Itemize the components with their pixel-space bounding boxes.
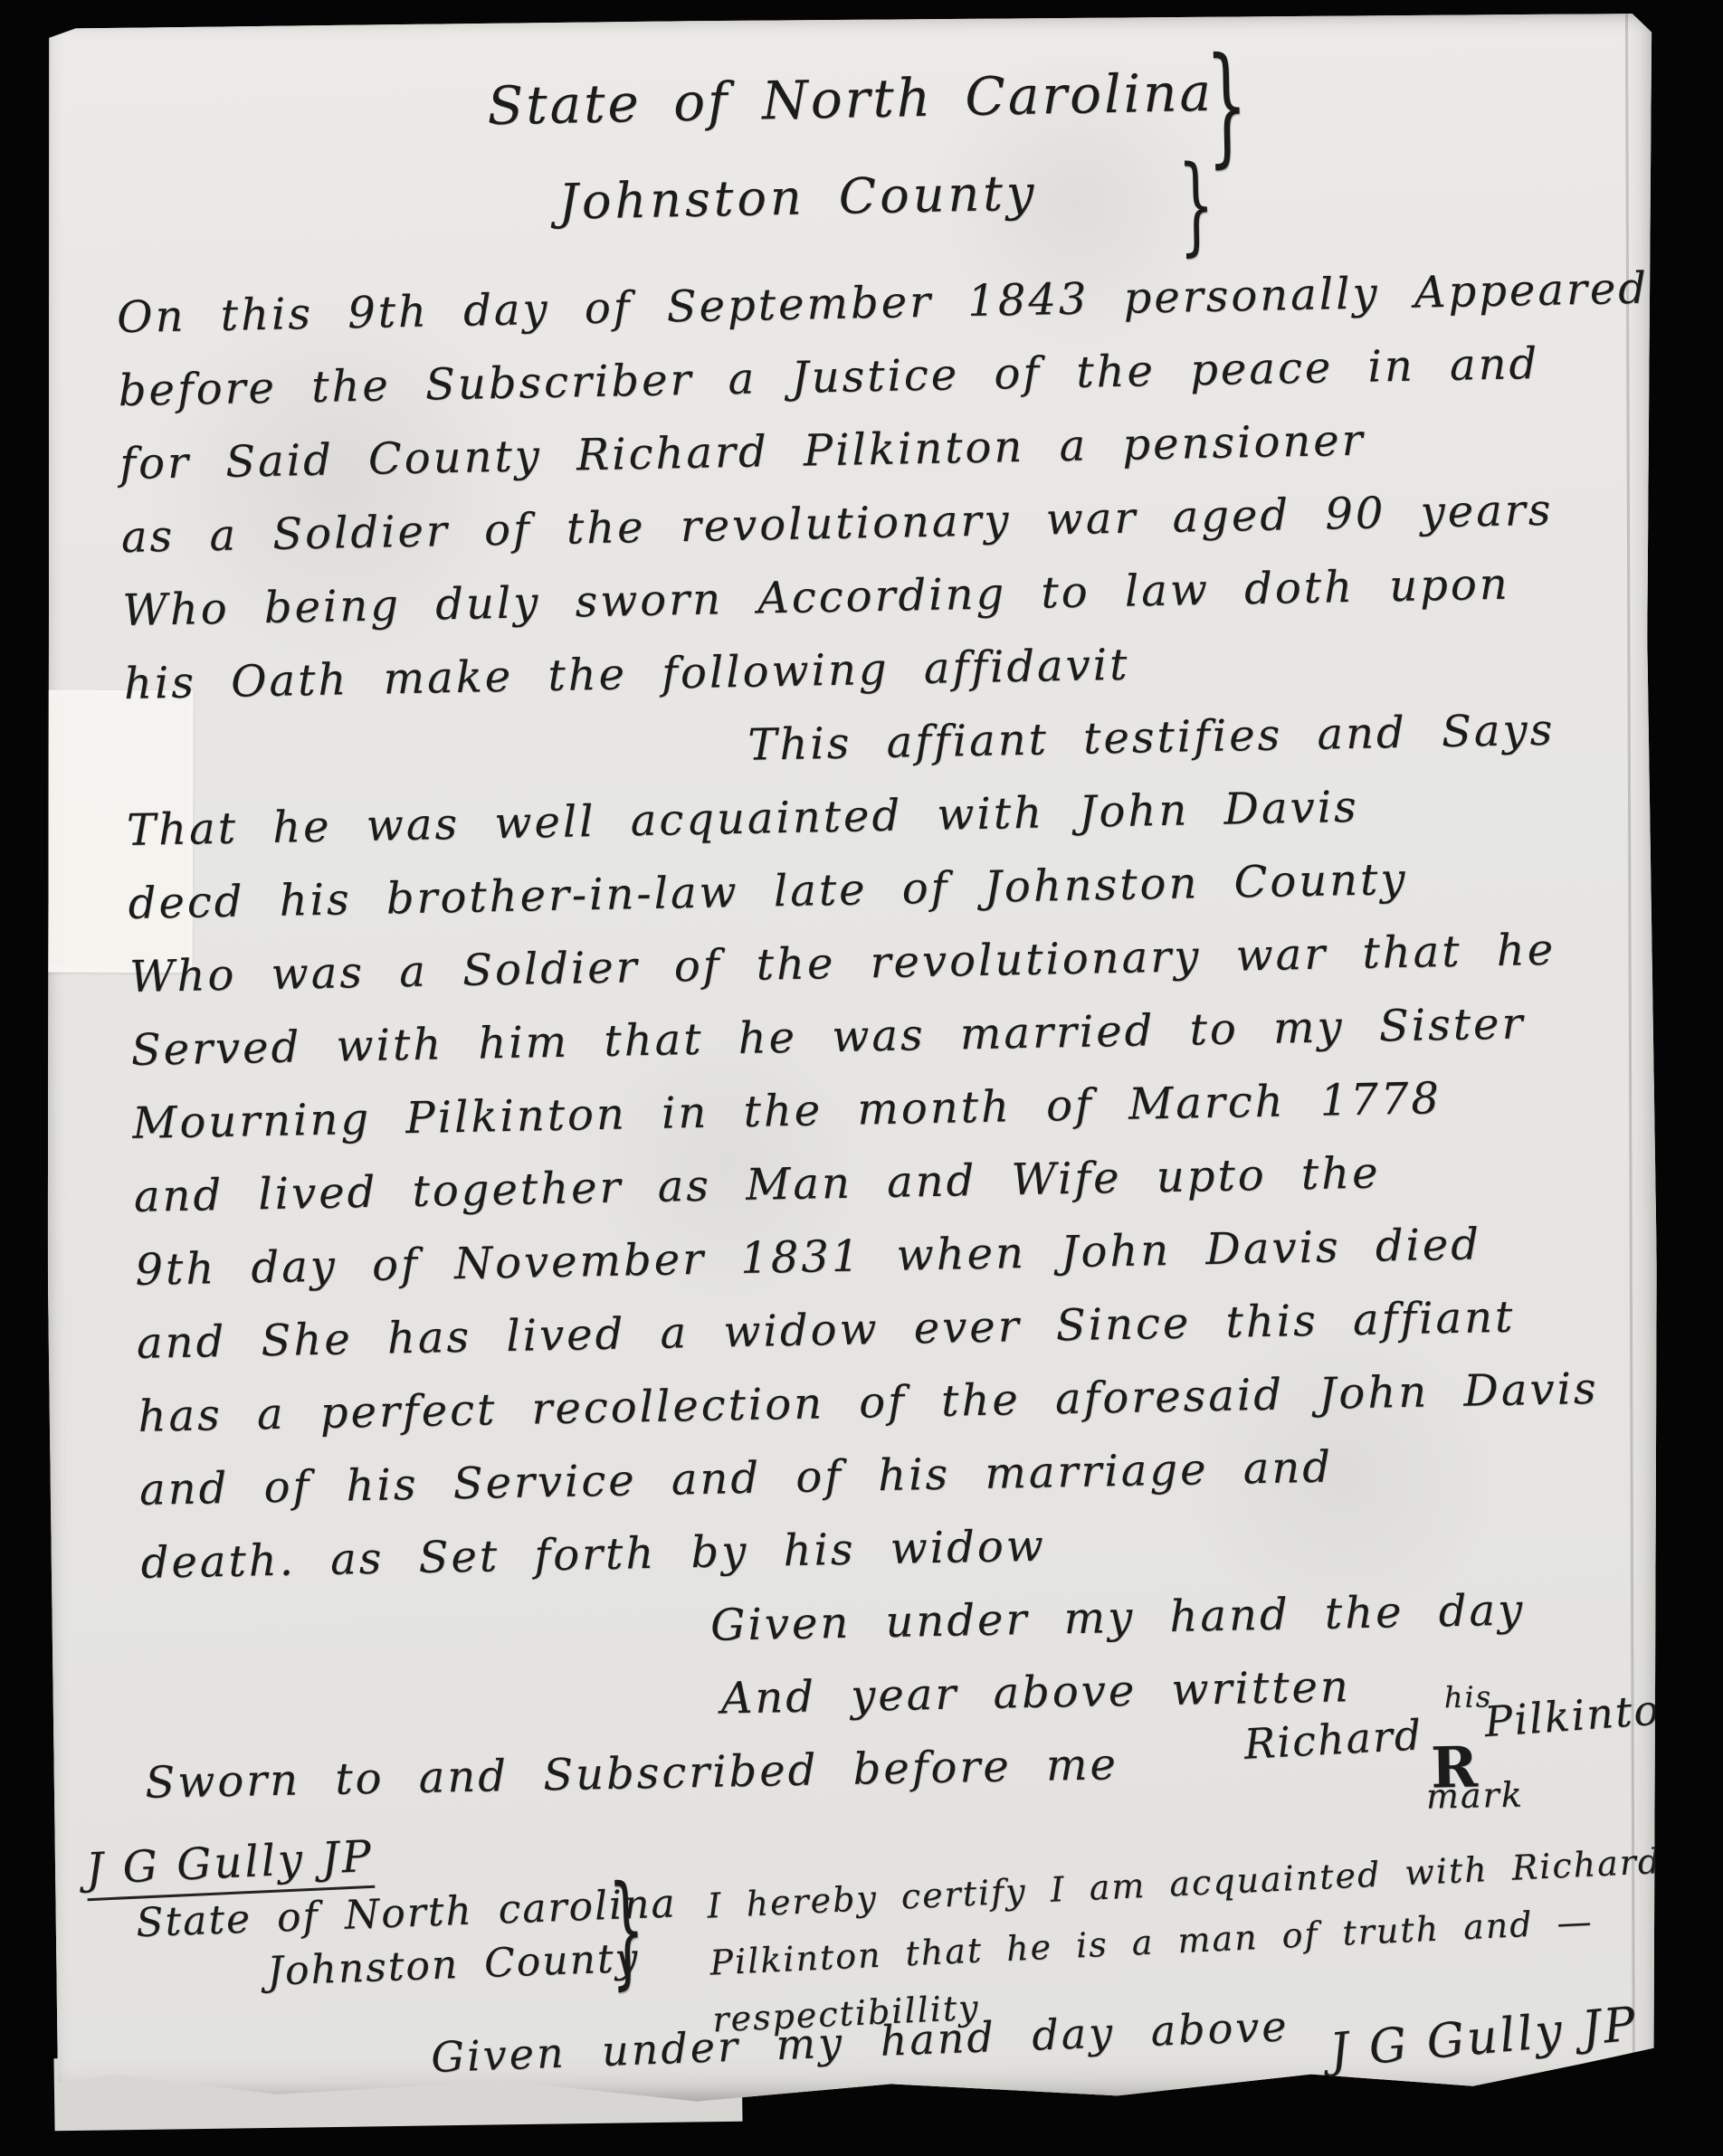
paper-sheet: State of North Carolina } Johnston Count… [43, 14, 1667, 2104]
curly-brace-icon: } [607, 1857, 647, 2002]
fold-crease-line [1654, 14, 1663, 2098]
certification-county-line: Johnston County [266, 1935, 640, 1995]
scanned-document-page: State of North Carolina } Johnston Count… [0, 0, 1723, 2156]
curly-brace-icon: } [1177, 144, 1215, 268]
header-county-line: Johnston County [435, 162, 1160, 233]
header-state-line: State of North Carolina [470, 61, 1231, 137]
signature-first-name: Richard [1242, 1710, 1423, 1769]
affidavit-body: On this 9th day of September 1843 person… [116, 252, 1683, 1819]
justice-signature: J G Gully JP [85, 1831, 376, 1901]
signature-mark-word: mark [1425, 1775, 1524, 1817]
handwritten-content: State of North Carolina } Johnston Count… [43, 0, 1699, 2115]
